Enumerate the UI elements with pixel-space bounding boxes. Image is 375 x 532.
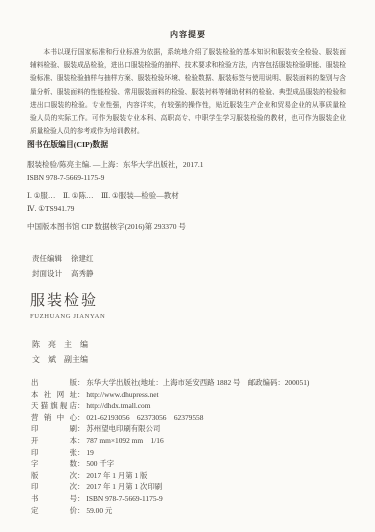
cip-entry-line: 服装检验/陈亮主编. —上海：东华大学出版社，2017.1 — [27, 159, 362, 172]
book-title-block: 服装检验 FUZHUANG JIANYAN — [30, 293, 105, 320]
credits-section: 责任编辑徐建红 封面设计高秀静 — [32, 252, 94, 281]
chief-editor: 陈 亮 主 编 — [32, 337, 88, 352]
pub-label: 开本 — [31, 435, 77, 447]
abstract-line: 验标准、服装检验抽样与抽样方案、服装检验环境、检验数据、服装标签与使用说明、服装… — [30, 72, 346, 85]
publication-info-row: 营销中心：021-62193056 62373056 62379558 — [31, 412, 366, 424]
abstract-line: 验人员的实际工作。可作为服装专业本科、高职高专、中职学生学习服装检验的教材，也可… — [30, 112, 346, 125]
pub-label: 字数 — [31, 458, 77, 470]
pub-separator: ： — [77, 481, 84, 493]
book-title-pinyin: FUZHUANG JIANYAN — [30, 313, 105, 320]
cover-designer-row: 封面设计高秀静 — [32, 267, 94, 282]
pub-label: 出版 — [31, 377, 77, 389]
book-copyright-page: 内容提要 本书以现行国家标准和行业标准为依据，系统地介绍了服装检验的基本知识和服… — [0, 0, 375, 532]
publication-info-row: 书号：ISBN 978-7-5669-1175-9 — [31, 493, 366, 505]
pub-value: 500 千字 — [86, 459, 114, 468]
publication-info-row: 版次：2017 年 1 月第 1 版 — [31, 470, 366, 482]
pub-separator: ： — [77, 447, 84, 459]
responsible-editor-row: 责任编辑徐建红 — [32, 252, 94, 267]
pub-value: 787 mm×1092 mm 1/16 — [86, 436, 163, 445]
responsible-editor-label: 责任编辑 — [32, 254, 62, 263]
pub-separator: ： — [77, 412, 84, 424]
pub-separator: ： — [77, 435, 84, 447]
pub-label: 营销中心 — [31, 412, 77, 424]
pub-label: 版次 — [31, 470, 77, 482]
pub-separator: ： — [77, 493, 84, 505]
pub-value: 2017 年 1 月第 1 次印刷 — [86, 482, 162, 491]
pub-label: 印刷 — [31, 423, 77, 435]
abstract-line: 进出口服装的检验。专业性强，内容详实，有较强的操作性，贴近服装生产企业和贸易企业… — [30, 99, 346, 112]
cip-isbn: ISBN 978-7-5669-1175-9 — [27, 172, 362, 185]
publication-info-row: 本社网址：http://www.dhupress.net — [31, 389, 366, 401]
cip-section: 图书在版编目(CIP)数据 服装检验/陈亮主编. —上海：东华大学出版社，201… — [27, 139, 362, 234]
cip-classification-2: Ⅳ. ①TS941.79 — [27, 203, 362, 216]
abstract-line: 辅料检验、服装成品检验，进出口服装检验的抽样、技术要求和检验方法，内容包括服装检… — [30, 59, 346, 72]
publication-info-row: 出版：东华大学出版社(地址：上海市延安西路 1882 号 邮政编码：200051… — [31, 377, 366, 389]
abstract-section: 内容提要 本书以现行国家标准和行业标准为依据，系统地介绍了服装检验的基本知识和服… — [30, 29, 346, 138]
pub-value: http://www.dhupress.net — [86, 390, 158, 399]
pub-separator: ： — [77, 400, 84, 412]
editors-section: 陈 亮 主 编 文 斌 副主编 — [32, 337, 88, 367]
book-title: 服装检验 — [30, 293, 105, 310]
pub-separator: ： — [77, 423, 84, 435]
publication-info-row: 字数：500 千字 — [31, 458, 366, 470]
publication-info-section: 出版：东华大学出版社(地址：上海市延安西路 1882 号 邮政编码：200051… — [31, 377, 366, 516]
pub-label: 定价 — [31, 505, 77, 517]
pub-value: 东华大学出版社(地址：上海市延安西路 1882 号 邮政编码：200051) — [86, 378, 309, 387]
pub-label: 印次 — [31, 481, 77, 493]
pub-value: 2017 年 1 月第 1 版 — [86, 471, 147, 480]
pub-label: 天猫旗舰店 — [31, 400, 77, 412]
pub-separator: ： — [77, 470, 84, 482]
publication-info-row: 印次：2017 年 1 月第 1 次印刷 — [31, 481, 366, 493]
pub-value: 苏州望电印刷有限公司 — [86, 424, 160, 433]
cip-classification-1: Ⅰ. ①服… Ⅱ. ①陈… Ⅲ. ①服装—检验—教材 — [27, 190, 362, 203]
pub-value: 19 — [86, 448, 93, 457]
cip-record-number: 中国版本图书馆 CIP 数据核字(2016)第 293370 号 — [27, 221, 362, 234]
pub-label: 本社网址 — [31, 389, 77, 401]
responsible-editor-name: 徐建红 — [71, 254, 94, 263]
pub-value: 59.00 元 — [86, 506, 112, 515]
pub-separator: ： — [77, 458, 84, 470]
abstract-line: 本书以现行国家标准和行业标准为依据，系统地介绍了服装检验的基本知识和服装安全检验… — [30, 46, 346, 59]
pub-separator: ： — [77, 389, 84, 401]
pub-label: 书号 — [31, 493, 77, 505]
deputy-editor: 文 斌 副主编 — [32, 352, 88, 367]
abstract-line: 质量检验人员的参考或作为培训教材。 — [30, 125, 346, 138]
abstract-paragraph: 本书以现行国家标准和行业标准为依据，系统地介绍了服装检验的基本知识和服装安全检验… — [30, 46, 346, 138]
publication-info-row: 定价：59.00 元 — [31, 505, 366, 517]
pub-value: ISBN 978-7-5669-1175-9 — [86, 494, 162, 503]
cover-designer-name: 高秀静 — [71, 269, 94, 278]
pub-value: 021-62193056 62373056 62379558 — [86, 413, 203, 422]
publication-info-row: 天猫旗舰店：http://dhdx.tmall.com — [31, 400, 366, 412]
pub-value: http://dhdx.tmall.com — [86, 401, 150, 410]
cip-header: 图书在版编目(CIP)数据 — [27, 139, 362, 150]
cover-designer-label: 封面设计 — [32, 269, 62, 278]
pub-separator: ： — [77, 377, 84, 389]
abstract-line: 量分析、服装面料的性能检验、常用服装面料的检验、服装衬料等辅助材料的检验、典型成… — [30, 86, 346, 99]
publication-info-row: 印刷：苏州望电印刷有限公司 — [31, 423, 366, 435]
pub-label: 印张 — [31, 447, 77, 459]
publication-info-row: 印张：19 — [31, 447, 366, 459]
publication-info-row: 开本：787 mm×1092 mm 1/16 — [31, 435, 366, 447]
abstract-title: 内容提要 — [30, 29, 346, 40]
pub-separator: ： — [77, 505, 84, 517]
